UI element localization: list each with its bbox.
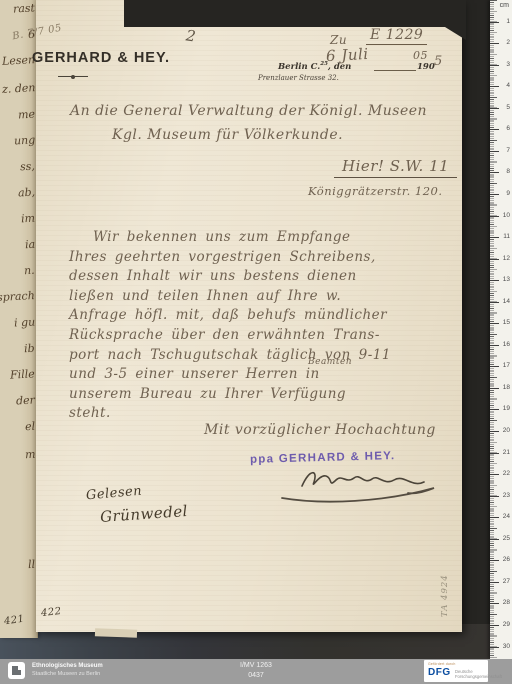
file-ref-prefix: Zu <box>330 33 347 47</box>
ruler-number: 19 <box>503 405 510 412</box>
archive-footer: Ethnologisches Museum Staatliche Museen … <box>0 659 512 684</box>
ruler-major-tick <box>490 65 499 66</box>
ruler-major-tick <box>490 603 499 604</box>
previous-page-edge: rast6Lesenz. denmeungss,ab,imian.sprachi… <box>0 0 38 638</box>
ruler-major-tick <box>490 172 499 173</box>
ruler-number: 29 <box>503 621 510 628</box>
ruler-number: 10 <box>503 212 510 219</box>
handwritten-date: 6 Juli <box>326 45 369 65</box>
ruler-major-tick <box>490 388 499 389</box>
ruler-number: 30 <box>503 643 510 650</box>
ruler-major-tick <box>490 86 499 87</box>
ruler-major-tick <box>490 129 499 130</box>
cm-ruler: cm 1234567891011121314151617181920212223… <box>490 0 512 659</box>
previous-page-number: 421 <box>3 614 25 628</box>
ruler-number: 14 <box>503 298 510 305</box>
handwriting-fragment: sprach <box>0 289 35 304</box>
body-line: Ihres geehrten vorgestrigen Schreibens, <box>69 249 376 265</box>
ruler-number: 20 <box>503 427 510 434</box>
ruler-number: 4 <box>506 82 510 89</box>
letterhead-company: GERHARD & HEY. <box>32 50 170 66</box>
ruler-major-tick <box>490 625 499 626</box>
ruler-major-tick <box>490 151 499 152</box>
city-text: Berlin C. <box>278 62 320 72</box>
ruler-major-tick <box>490 259 499 260</box>
handwriting-fragment: ss, <box>20 160 35 174</box>
closing-line: Mit vorzüglicher Hochachtung <box>204 422 436 438</box>
ruler-number: 28 <box>503 599 510 606</box>
folio-number: 422 <box>40 606 62 619</box>
ruler-number: 22 <box>503 470 510 477</box>
signature-scribble <box>264 458 449 506</box>
ruler-number: 5 <box>506 104 510 111</box>
ruler-number: 12 <box>503 255 510 262</box>
handwriting-fragment: m <box>24 448 35 462</box>
ruler-number: 23 <box>503 492 510 499</box>
ruler-number: 18 <box>503 384 510 391</box>
ruler-major-tick <box>490 474 499 475</box>
handwriting-fragment: Lesen <box>2 53 36 68</box>
read-note-line-1: Gelesen <box>85 484 142 504</box>
museum-name: Ethnologisches Museum <box>32 663 103 669</box>
ruler-major-tick <box>490 43 499 44</box>
ruler-number: 24 <box>503 513 510 520</box>
handwriting-fragment: ll <box>28 558 36 571</box>
ruler-number: 2 <box>506 39 510 46</box>
letter-page: B. 7/7 05 GERHARD & HEY. 2 Zu E 1229 05 … <box>36 0 462 632</box>
handwriting-fragment: ia <box>25 238 36 252</box>
letterhead-ornament <box>58 76 88 77</box>
ruler-number: 9 <box>506 190 510 197</box>
letterhead-street: Prenzlauer Strasse 32. <box>258 74 339 82</box>
ruler-major-tick <box>490 496 499 497</box>
address-line-2: Kgl. Museum für Völkerkunde. <box>112 127 343 143</box>
handwritten-year: 5 <box>434 54 443 69</box>
ruler-number: 7 <box>506 147 510 154</box>
ruler-major-tick <box>490 323 499 324</box>
ruler-number: 6 <box>506 125 510 132</box>
body-line: unserem Bureau zu Ihrer Verfügung <box>69 386 346 402</box>
smb-logo <box>8 662 25 679</box>
ruler-major-tick <box>490 194 499 195</box>
ruler-number: 11 <box>503 233 510 240</box>
inserted-word: Beamten <box>308 357 352 367</box>
ruler-number: 21 <box>503 449 510 456</box>
scan-viewer: rast6Lesenz. denmeungss,ab,imian.sprachi… <box>0 0 512 684</box>
ruler-number: 8 <box>506 168 510 175</box>
ruler-major-tick <box>490 647 499 648</box>
archive-side-ref: TA 4924 <box>440 565 450 617</box>
handwriting-fragment: el <box>25 420 36 434</box>
handwriting-fragment: im <box>21 212 36 226</box>
ruler-number: 3 <box>506 61 510 68</box>
ruler-number: 1 <box>506 18 510 25</box>
ruler-major-tick <box>490 22 499 23</box>
handwriting-fragment: i gu <box>14 315 36 329</box>
ruler-unit-label: cm <box>500 2 509 9</box>
handwriting-fragment: ab, <box>18 186 36 200</box>
printed-year: 190 <box>417 62 435 72</box>
ruler-major-tick <box>490 582 499 583</box>
sheet-number: 2 <box>185 26 197 45</box>
handwriting-fragment: der <box>16 394 35 408</box>
ruler-major-tick <box>490 108 499 109</box>
background-notch <box>124 0 466 27</box>
file-ref-year: 05 <box>413 49 428 62</box>
ruler-number: 16 <box>503 341 510 348</box>
ruler-number: 13 <box>503 276 510 283</box>
handwriting-fragment: n. <box>24 264 35 278</box>
ruler-number: 27 <box>503 578 510 585</box>
body-line: ließen und teilen Ihnen auf Ihre w. <box>69 288 341 304</box>
dfg-abbreviation: DFG <box>428 667 451 678</box>
body-line: und 3-5 einer unserer Herren in <box>69 366 320 382</box>
handwriting-fragment: Fille <box>10 367 35 381</box>
ruler-major-tick <box>490 560 499 561</box>
paper-shard <box>95 628 137 637</box>
handwriting-fragment: ung <box>13 133 35 147</box>
ruler-major-tick <box>490 517 499 518</box>
body-line: Rücksprache über den erwähnten Trans- <box>69 327 380 343</box>
file-ref: E 1229 <box>366 27 427 45</box>
ruler-number: 25 <box>503 535 510 542</box>
ruler-major-tick <box>490 280 499 281</box>
museum-subtitle: Staatliche Museen zu Berlin <box>32 671 100 677</box>
dfg-logo: Gefördert durch DFG Deutsche Forschungsg… <box>424 660 488 682</box>
inventory-number: I/MV 1263 <box>240 662 272 669</box>
handwriting-fragment: ib <box>24 342 35 356</box>
scan-number: 0437 <box>248 672 264 679</box>
ruler-major-tick <box>490 345 499 346</box>
ruler-number: 17 <box>503 362 510 369</box>
ruler-major-tick <box>490 453 499 454</box>
body-line: dessen Inhalt wir uns bestens dienen <box>69 268 357 284</box>
dfg-name-line2: Forschungsgemeinschaft <box>455 674 502 679</box>
read-note-signature: Grünwedel <box>99 502 188 526</box>
dfg-funded-by-label: Gefördert durch <box>428 662 456 666</box>
handwriting-fragment: z. den <box>1 81 35 96</box>
handwriting-fragment: rast <box>13 1 36 15</box>
ruler-major-tick <box>490 409 499 410</box>
ruler-major-tick <box>490 302 499 303</box>
body-line: Anfrage höfl. mit, daß behufs mündlicher <box>69 307 387 323</box>
ruler-major-tick <box>490 539 499 540</box>
address-street: Königgrätzerstr. 120. <box>308 184 443 198</box>
ruler-major-tick <box>490 216 499 217</box>
body-line: Wir bekennen uns zum Empfange <box>93 229 351 245</box>
date-rule <box>374 70 416 71</box>
ruler-major-tick <box>490 237 499 238</box>
body-line: steht. <box>69 405 111 421</box>
ruler-number: 15 <box>503 319 510 326</box>
address-line-1: An die General Verwaltung der Königl. Mu… <box>70 103 427 119</box>
ruler-major-tick <box>490 431 499 432</box>
address-hier: Hier! S.W. 11 <box>334 157 457 178</box>
ruler-major-tick <box>490 366 499 367</box>
ruler-number: 26 <box>503 556 510 563</box>
handwriting-fragment: me <box>18 108 36 122</box>
